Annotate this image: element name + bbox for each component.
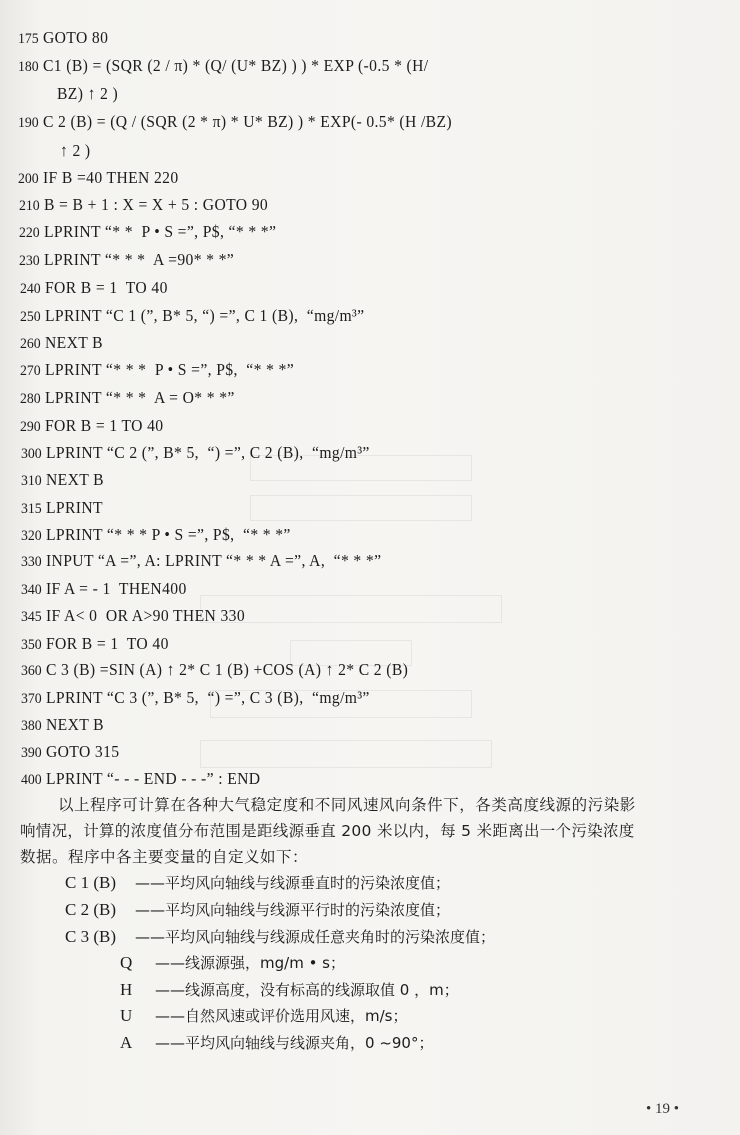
code-line: 300 LPRINT “C 2 (”, B* 5, “) =”, C 2 (B)… <box>21 443 370 464</box>
show-through-box <box>200 595 502 623</box>
code-line-continuation: ↑ 2 ) <box>60 141 91 161</box>
definition-description: ——自然风速或评价选用风速，m/s； <box>155 1006 407 1026</box>
code-line: 240 FOR B = 1 TO 40 <box>20 278 168 299</box>
code-line: 220 LPRINT “* * P • S =”, P$, “* * *” <box>19 222 276 243</box>
definition-item: A ——平均风向轴线与线源夹角，0 ~90°； <box>120 1033 144 1113</box>
paragraph-line: 以上程序可计算在各种大气稳定度和不同风速风向条件下，各类高度线源的污染影 <box>58 795 636 815</box>
code-line: 330 INPUT “A =”, A: LPRINT “* * * A =”, … <box>21 551 381 572</box>
code-line: 230 LPRINT “* * * A =90* * *” <box>19 250 234 271</box>
code-line: 280 LPRINT “* * * A = O* * *” <box>20 388 235 409</box>
document-page: 175 GOTO 80 180 C1 (B) = (SQR (2 / π) * … <box>0 0 740 1135</box>
definition-symbol: U <box>120 1006 132 1026</box>
code-line: 345 IF A< 0 OR A>90 THEN 330 <box>21 606 245 627</box>
definition-symbol: C 1 (B) <box>65 873 116 893</box>
definition-symbol: A <box>120 1033 132 1053</box>
code-line: 290 FOR B = 1 TO 40 <box>20 416 163 437</box>
code-line: 210 B = B + 1 : X = X + 5 : GOTO 90 <box>19 195 268 216</box>
definition-symbol: Q <box>120 953 132 973</box>
code-line: 175 GOTO 80 <box>18 28 108 49</box>
code-line: 200 IF B =40 THEN 220 <box>18 168 179 189</box>
definition-symbol: C 3 (B) <box>65 927 116 947</box>
code-line: 380 NEXT B <box>21 715 104 736</box>
code-line: 180 C1 (B) = (SQR (2 / π) * (Q/ (U* BZ) … <box>18 56 428 77</box>
code-line: 315 LPRINT <box>21 498 103 519</box>
paragraph-line: 响情况，计算的浓度值分布范围是距线源垂直 200 米以内，每 5 米距离出一个污… <box>20 821 635 841</box>
code-line: 390 GOTO 315 <box>21 742 119 763</box>
show-through-box <box>250 495 472 521</box>
code-line: 310 NEXT B <box>21 470 104 491</box>
definition-symbol: H <box>120 980 132 1000</box>
definition-description: ——平均风向轴线与线源平行时的污染浓度值； <box>135 900 450 920</box>
code-line: 270 LPRINT “* * * P • S =”, P$, “* * *” <box>20 360 294 381</box>
code-line: 350 FOR B = 1 TO 40 <box>21 634 169 655</box>
code-line: 360 C 3 (B) =SIN (A) ↑ 2* C 1 (B) +COS (… <box>21 660 408 681</box>
code-line: 340 IF A = - 1 THEN400 <box>21 579 187 600</box>
code-line: 370 LPRINT “C 3 (”, B* 5, “) =”, C 3 (B)… <box>21 688 370 709</box>
definition-description: ——平均风向轴线与线源夹角，0 ~90°； <box>155 1033 433 1053</box>
code-line: 320 LPRINT “* * * P • S =”, P$, “* * *” <box>21 525 291 546</box>
code-line: 190 C 2 (B) = (Q / (SQR (2 * π) * U* BZ)… <box>18 112 452 133</box>
definition-description: ——线源高度，没有标高的线源取值 0 ，m； <box>155 980 459 1000</box>
definition-description: ——平均风向轴线与线源成任意夹角时的污染浓度值； <box>135 927 495 947</box>
code-line: 400 LPRINT “- - - END - - -” : END <box>21 769 260 790</box>
paragraph-line: 数据。程序中各主要变量的自定义如下： <box>20 847 308 867</box>
code-line-continuation: BZ) ↑ 2 ) <box>57 84 118 104</box>
definition-description: ——平均风向轴线与线源垂直时的污染浓度值； <box>135 873 450 893</box>
page-number: • 19 • <box>646 1101 679 1118</box>
definition-item: C 3 (B) ——平均风向轴线与线源成任意夹角时的污染浓度值； <box>65 927 89 1007</box>
definition-symbol: C 2 (B) <box>65 900 116 920</box>
code-line: 250 LPRINT “C 1 (”, B* 5, “) =”, C 1 (B)… <box>20 306 364 327</box>
code-line: 260 NEXT B <box>20 333 103 354</box>
definition-description: ——线源源强，mg/m • s； <box>155 953 345 973</box>
show-through-box <box>200 740 492 768</box>
